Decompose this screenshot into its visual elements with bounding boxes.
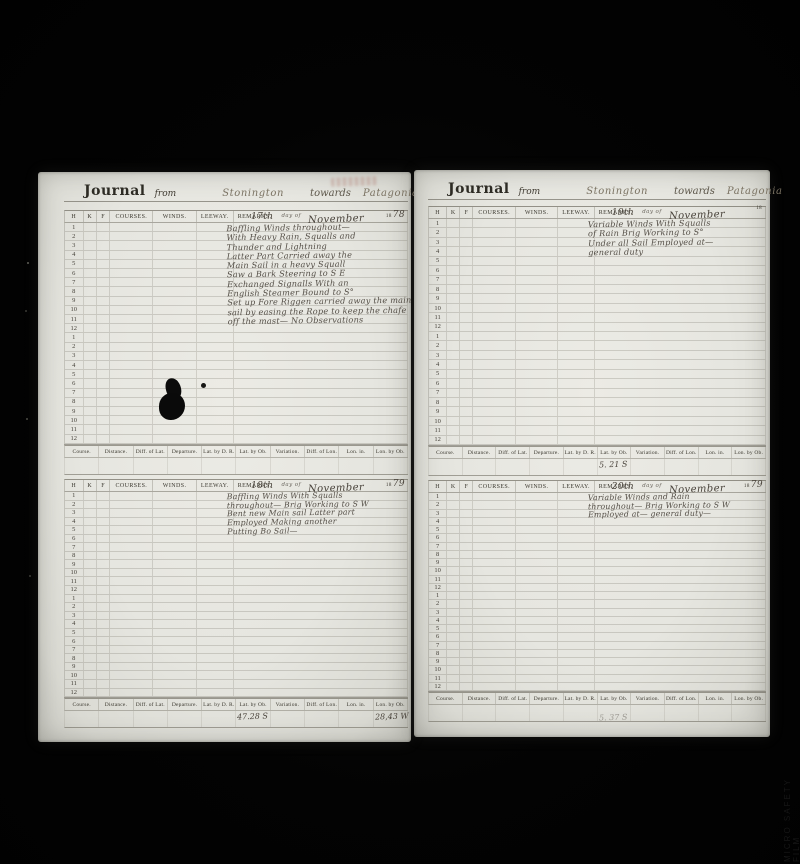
hour-cell: 8 [65, 552, 84, 560]
log-cell-winds [153, 315, 196, 323]
log-cell-leeway [197, 689, 234, 697]
log-cell-f [97, 646, 110, 654]
log-row: 1 [429, 592, 766, 600]
hour-cell: 5 [429, 526, 447, 533]
log-cell-k [447, 266, 460, 274]
hour-cell: 1 [65, 333, 84, 341]
log-cell-f [97, 518, 110, 526]
hour-cell: 2 [429, 501, 447, 508]
log-cell-f [97, 526, 110, 534]
log-cell-remarks [234, 552, 408, 560]
log-cell-remarks [234, 595, 408, 603]
hour-cell: 11 [65, 425, 84, 433]
hour-cell: 4 [429, 617, 447, 624]
hour-cell: 11 [429, 576, 447, 583]
log-cell-remarks [595, 559, 766, 566]
summary-value-distance [99, 458, 133, 474]
log-cell-leeway [197, 603, 234, 611]
log-row: 8 [65, 654, 408, 663]
log-cell-winds [516, 543, 558, 550]
log-cell-remarks [595, 543, 766, 550]
log-cell-winds [153, 435, 196, 443]
log-cell-k [84, 577, 97, 585]
summary-header-row: Course.Distance.Diff. of Lat.Departure.L… [64, 445, 408, 458]
log-cell-courses [110, 595, 153, 603]
log-cell-remarks [595, 658, 766, 665]
log-cell-f [460, 592, 473, 599]
hour-cell: 3 [65, 352, 84, 360]
column-header-remarks: REMARKS.20thday ofNovember1879 [595, 481, 766, 492]
log-cell-courses [473, 567, 515, 574]
log-cell-courses [110, 352, 153, 360]
log-cell-f [97, 689, 110, 697]
log-cell-courses [473, 436, 515, 444]
log-row: 6 [65, 379, 408, 388]
hour-cell: 12 [65, 586, 84, 594]
hour-cell: 4 [65, 620, 84, 628]
log-cell-winds [153, 251, 196, 259]
log-cell-leeway [197, 595, 234, 603]
column-header-label-k: K [87, 483, 92, 489]
log-cell-courses [110, 343, 153, 351]
hour-cell: 9 [429, 658, 447, 665]
log-cell-k [84, 560, 97, 568]
log-row: 12 [429, 323, 766, 332]
log-cell-remarks [595, 567, 766, 574]
summary-value-distance [99, 711, 133, 727]
summary-column-diff-lat: Diff. of Lat. [496, 693, 530, 704]
log-row: 9 [429, 559, 766, 567]
log-cell-leeway [558, 642, 594, 649]
log-row: 3 [65, 612, 408, 621]
summary-value-departure [168, 458, 202, 474]
log-row: 3 [429, 609, 766, 617]
log-cell-f [97, 352, 110, 360]
log-cell-leeway [558, 436, 594, 444]
column-header-winds: WINDS. [153, 480, 196, 491]
log-cell-leeway [558, 534, 594, 541]
log-cell-k [447, 534, 460, 541]
hour-cell: 2 [429, 341, 447, 349]
log-cell-remarks [595, 351, 766, 359]
log-cell-k [84, 398, 97, 406]
log-cell-f [460, 238, 473, 246]
log-cell-remarks [595, 551, 766, 558]
log-cell-winds [153, 543, 196, 551]
log-cell-f [460, 501, 473, 508]
date-day-of: day of [282, 213, 301, 219]
column-header-label-courses: COURSES. [116, 214, 148, 220]
log-row: 9 [65, 407, 408, 416]
log-cell-courses [473, 600, 515, 607]
summary-column-departure: Departure. [168, 446, 202, 457]
log-cell-k [447, 238, 460, 246]
summary-column-departure: Departure. [530, 447, 564, 458]
log-cell-k [447, 257, 460, 265]
log-cell-leeway [558, 666, 594, 673]
log-cell-courses [473, 609, 515, 616]
date-day: 19th [612, 208, 634, 218]
hour-cell: 2 [429, 228, 447, 236]
log-cell-leeway [197, 577, 234, 585]
towards-label: towards [310, 188, 351, 199]
summary-handwritten-value: 47.28 S [237, 711, 268, 721]
log-cell-courses [110, 333, 153, 341]
column-header-label-leeway: LEEWAY. [562, 210, 590, 216]
summary-value-distance [463, 705, 497, 721]
log-cell-f [97, 315, 110, 323]
log-cell-winds [516, 518, 558, 525]
log-cell-k [84, 680, 97, 688]
log-cell-remarks [595, 266, 766, 274]
summary-column-lon-ob: Lon. by Ob. [374, 699, 408, 710]
hour-cell: 10 [429, 666, 447, 673]
log-cell-f [97, 629, 110, 637]
log-cell-leeway [558, 313, 594, 321]
column-header-remarks: REMARKS.19thday ofNovember18 [595, 207, 766, 218]
log-cell-courses [110, 663, 153, 671]
log-cell-courses [110, 315, 153, 323]
log-row: 2 [65, 603, 408, 612]
log-cell-winds [153, 306, 196, 314]
route-origin: Stonington [586, 186, 648, 197]
log-cell-f [97, 620, 110, 628]
log-cell-courses [110, 361, 153, 369]
summary-header-row: Course.Distance.Diff. of Lat.Departure.L… [428, 692, 766, 705]
log-cell-remarks [234, 663, 408, 671]
log-cell-k [84, 492, 97, 500]
hour-cell: 10 [65, 569, 84, 577]
log-cell-k [84, 297, 97, 305]
log-cell-k [447, 360, 460, 368]
hour-cell: 2 [65, 343, 84, 351]
column-header-leeway: LEEWAY. [197, 211, 234, 222]
hour-cell: 9 [65, 407, 84, 415]
column-header-k: K [447, 207, 460, 218]
date-day: 17th [251, 212, 273, 222]
hour-cell: 4 [429, 247, 447, 255]
log-cell-winds [516, 666, 558, 673]
log-cell-f [97, 435, 110, 443]
log-cell-winds [516, 370, 558, 378]
log-cell-remarks [595, 584, 766, 591]
log-cell-f [460, 313, 473, 321]
hour-cell: 10 [429, 567, 447, 574]
log-cell-f [460, 609, 473, 616]
log-cell-remarks [234, 577, 408, 585]
log-row: 7 [65, 389, 408, 398]
log-cell-winds [153, 232, 196, 240]
hour-cell: 7 [429, 642, 447, 649]
log-cell-f [460, 650, 473, 657]
log-cell-leeway [558, 266, 594, 274]
log-cell-winds [516, 276, 558, 284]
log-cell-k [447, 332, 460, 340]
log-cell-k [84, 416, 97, 424]
log-cell-k [447, 501, 460, 508]
log-row: 10 [429, 417, 766, 426]
log-cell-k [84, 278, 97, 286]
log-cell-k [84, 663, 97, 671]
log-cell-f [460, 617, 473, 624]
log-cell-winds [516, 238, 558, 246]
log-cell-k [447, 379, 460, 387]
log-row: 11 [65, 425, 408, 434]
log-cell-k [447, 559, 460, 566]
log-cell-f [97, 297, 110, 305]
log-cell-f [97, 278, 110, 286]
log-cell-leeway [558, 257, 594, 265]
log-cell-courses [110, 612, 153, 620]
log-cell-winds [516, 650, 558, 657]
column-header-label-h: H [71, 483, 76, 489]
log-cell-f [460, 493, 473, 500]
hour-cell: 12 [429, 436, 447, 444]
log-cell-remarks [595, 276, 766, 284]
summary-column-departure: Departure. [530, 693, 564, 704]
summary-column-diff-lon: Diff. of Lon. [305, 699, 339, 710]
log-cell-winds [516, 600, 558, 607]
hour-cell: 6 [65, 269, 84, 277]
log-cell-k [447, 625, 460, 632]
log-cell-leeway [197, 333, 234, 341]
log-cell-leeway [558, 294, 594, 302]
log-cell-k [84, 518, 97, 526]
log-row: 11 [429, 313, 766, 322]
log-cell-winds [516, 625, 558, 632]
hour-cell: 8 [65, 287, 84, 295]
log-cell-k [447, 592, 460, 599]
film-edge-text: MICRO SAFETY FILM [783, 758, 800, 862]
hour-cell: 9 [429, 407, 447, 415]
log-cell-k [447, 658, 460, 665]
summary-column-course: Course. [65, 446, 99, 457]
summary-value-lon-in [699, 705, 733, 721]
log-cell-courses [110, 552, 153, 560]
hour-cell: 8 [65, 654, 84, 662]
log-cell-winds [153, 577, 196, 585]
log-cell-f [97, 251, 110, 259]
hour-cell: 3 [65, 241, 84, 249]
summary-value-lat-dr [564, 459, 598, 475]
log-cell-k [84, 586, 97, 594]
summary-column-lon-in: Lon. in. [699, 693, 733, 704]
log-cell-remarks [234, 612, 408, 620]
log-cell-courses [473, 228, 515, 236]
log-row: 5 [429, 257, 766, 266]
log-table-body: 123456789101112123456789101112Variable W… [428, 219, 766, 445]
log-cell-k [84, 612, 97, 620]
log-cell-remarks [595, 625, 766, 632]
log-cell-k [447, 633, 460, 640]
log-cell-courses [473, 238, 515, 246]
log-cell-courses [110, 407, 153, 415]
log-cell-winds [153, 629, 196, 637]
log-cell-courses [110, 629, 153, 637]
log-row: 12 [65, 586, 408, 595]
journal-label: Journal [84, 183, 146, 199]
summary-column-distance: Distance. [99, 699, 133, 710]
log-cell-remarks [595, 609, 766, 616]
log-cell-courses [473, 341, 515, 349]
summary-column-variation: Variation. [271, 446, 305, 457]
log-cell-leeway [197, 663, 234, 671]
log-cell-winds [516, 526, 558, 533]
remarks-handwriting: Variable Winds and Rainthroughout— Brig … [588, 492, 765, 521]
log-table-body: 123456789101112123456789101112Baffling W… [64, 492, 408, 697]
log-row: 12 [429, 683, 766, 691]
log-cell-f [460, 426, 473, 434]
log-cell-winds [516, 493, 558, 500]
log-cell-f [97, 509, 110, 517]
log-row: 10 [429, 666, 766, 674]
log-cell-leeway [197, 343, 234, 351]
column-header-f: F [97, 480, 110, 491]
column-header-winds: WINDS. [516, 207, 558, 218]
log-cell-courses [473, 551, 515, 558]
log-row: 7 [429, 389, 766, 398]
log-row: 1 [429, 332, 766, 341]
log-cell-courses [473, 642, 515, 649]
log-cell-remarks [234, 407, 408, 415]
log-cell-f [460, 294, 473, 302]
summary-value-course [429, 459, 463, 475]
log-cell-f [97, 269, 110, 277]
log-cell-k [84, 287, 97, 295]
log-cell-winds [516, 417, 558, 425]
column-header-label-f: F [101, 483, 105, 489]
log-cell-k [447, 294, 460, 302]
log-row: 4 [429, 360, 766, 369]
column-header-label-winds: WINDS. [163, 214, 187, 220]
log-cell-courses [110, 654, 153, 662]
log-cell-leeway [558, 576, 594, 583]
log-cell-courses [473, 370, 515, 378]
summary-value-lat-dr [564, 705, 598, 721]
column-header-label-winds: WINDS. [163, 483, 187, 489]
log-cell-courses [110, 287, 153, 295]
year-value: 79 [751, 480, 763, 490]
hour-cell: 5 [65, 526, 84, 534]
log-cell-f [97, 223, 110, 231]
summary-column-variation: Variation. [631, 693, 665, 704]
summary-column-lat-ob: Lat. by Ob. [236, 446, 270, 457]
date-day: 20th [612, 482, 634, 492]
log-cell-winds [516, 576, 558, 583]
log-cell-winds [153, 560, 196, 568]
column-header-courses: COURSES. [110, 211, 153, 222]
log-cell-leeway [558, 407, 594, 415]
hour-cell: 9 [429, 294, 447, 302]
column-header-label-winds: WINDS. [525, 210, 549, 216]
ink-dot [201, 383, 206, 388]
log-cell-remarks [234, 389, 408, 397]
log-table: HKFCOURSES.WINDS.LEEWAY.REMARKS.18thday … [64, 479, 408, 698]
log-row: 8 [429, 398, 766, 407]
log-cell-courses [473, 518, 515, 525]
log-cell-k [447, 313, 460, 321]
log-cell-k [84, 333, 97, 341]
log-cell-leeway [558, 332, 594, 340]
column-header-label-k: K [87, 214, 92, 220]
log-cell-winds [516, 323, 558, 331]
log-row: 9 [65, 663, 408, 672]
log-cell-k [447, 666, 460, 673]
log-cell-courses [473, 285, 515, 293]
log-cell-winds [516, 266, 558, 274]
log-cell-winds [153, 535, 196, 543]
hour-cell: 1 [429, 493, 447, 500]
summary-handwritten-value: 28,43 W [375, 711, 409, 721]
hour-cell: 11 [429, 426, 447, 434]
log-row: 8 [429, 551, 766, 559]
log-cell-k [84, 603, 97, 611]
log-cell-winds [153, 509, 196, 517]
log-cell-f [97, 612, 110, 620]
log-cell-f [97, 560, 110, 568]
log-row: 6 [65, 637, 408, 646]
log-row: 5 [65, 370, 408, 379]
log-cell-k [447, 228, 460, 236]
log-cell-remarks [595, 683, 766, 690]
log-cell-courses [110, 492, 153, 500]
log-cell-courses [110, 251, 153, 259]
log-cell-leeway [197, 352, 234, 360]
log-cell-k [84, 526, 97, 534]
log-row: 11 [65, 577, 408, 586]
log-cell-k [84, 389, 97, 397]
log-cell-winds [153, 352, 196, 360]
log-cell-k [84, 595, 97, 603]
log-cell-k [84, 552, 97, 560]
column-header-winds: WINDS. [153, 211, 196, 222]
summary-column-lat-dr: Lat. by D. R. [202, 699, 236, 710]
log-cell-courses [110, 637, 153, 645]
log-cell-f [97, 389, 110, 397]
log-cell-remarks [595, 294, 766, 302]
log-cell-k [84, 352, 97, 360]
hour-cell: 5 [65, 629, 84, 637]
column-header-k: K [447, 481, 460, 492]
log-cell-courses [110, 425, 153, 433]
log-cell-leeway [558, 658, 594, 665]
log-cell-f [460, 228, 473, 236]
log-cell-f [97, 361, 110, 369]
hour-cell: 6 [429, 633, 447, 640]
log-cell-leeway [558, 285, 594, 293]
log-cell-courses [110, 278, 153, 286]
log-cell-courses [110, 370, 153, 378]
log-cell-remarks [234, 352, 408, 360]
log-cell-winds [153, 620, 196, 628]
log-cell-leeway [558, 567, 594, 574]
log-cell-courses [110, 306, 153, 314]
summary-column-course: Course. [429, 447, 463, 458]
log-cell-courses [110, 398, 153, 406]
log-cell-winds [516, 398, 558, 406]
log-cell-k [84, 343, 97, 351]
log-cell-courses [473, 675, 515, 682]
column-header-leeway: LEEWAY. [197, 480, 234, 491]
log-row: 12 [65, 435, 408, 444]
log-row: 9 [429, 658, 766, 666]
log-cell-remarks [234, 333, 408, 341]
towards-label: towards [674, 186, 715, 197]
log-cell-k [447, 304, 460, 312]
log-cell-leeway [558, 276, 594, 284]
summary-column-variation: Variation. [271, 699, 305, 710]
log-cell-f [97, 595, 110, 603]
